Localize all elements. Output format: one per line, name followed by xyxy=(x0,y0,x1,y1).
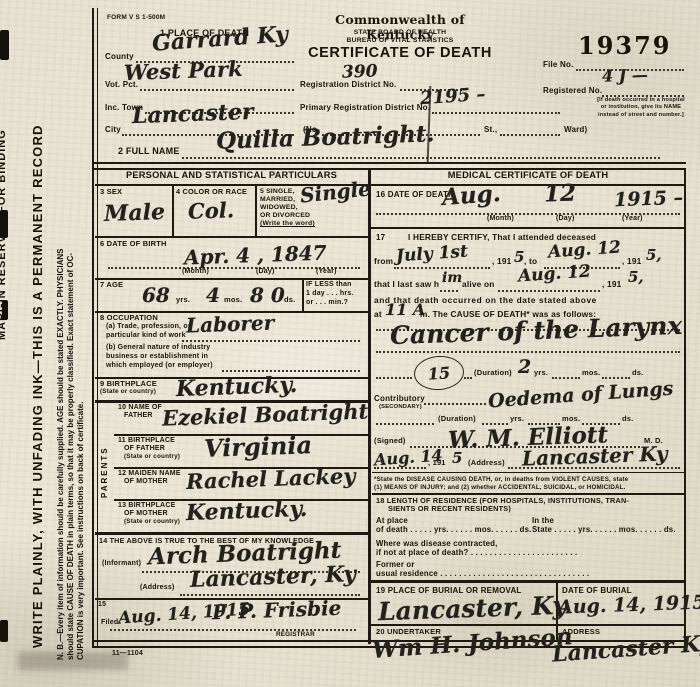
form-footer-number: 11—1104 xyxy=(112,650,143,658)
attended-to-year: 5, xyxy=(646,246,662,264)
signed-label: (Signed) xyxy=(374,437,406,446)
marital-label-line: MARRIED, xyxy=(260,196,295,204)
margin-nb-line1: N. B.—Every item of information should b… xyxy=(56,249,65,660)
occupation-a-line1: (a) Trade, profession, or xyxy=(106,323,191,331)
duration-label: (Duration) xyxy=(474,369,512,378)
votpct-leader xyxy=(140,88,294,91)
mother-name-value: Rachel Lackey xyxy=(186,463,356,494)
dob-label: 6 DATE OF BIRTH xyxy=(100,240,167,249)
from-year-printed: , 191 xyxy=(492,257,511,267)
registrar-signature: F. P. Frisbie xyxy=(212,596,342,624)
dur-leader xyxy=(464,376,472,379)
marital-label-line: 5 SINGLE, xyxy=(260,188,295,196)
sex-value: Male xyxy=(104,199,166,227)
cause-code-circle: 15 xyxy=(413,354,465,391)
date-of-death-day: 12 xyxy=(544,179,577,207)
heavy-rule xyxy=(370,580,684,583)
father-name-value: Ezekiel Boatright xyxy=(162,398,369,430)
contracted-line2: if not at place of death? . . . . . . . … xyxy=(376,548,577,557)
attended-from-value: July 1st xyxy=(395,242,468,267)
age-mos-label: mos. xyxy=(224,296,242,305)
header-separator-rule xyxy=(92,162,686,170)
filed-number: 15 xyxy=(98,601,106,609)
race-value: Col. xyxy=(188,197,235,224)
age-days-value: 8 0 xyxy=(250,283,285,307)
at-place-line1: At place xyxy=(376,516,408,525)
registered-no-leader xyxy=(602,94,684,97)
informant-address-value: Lancaster, Ky xyxy=(190,561,357,593)
contributory-value: Oedema of Lungs xyxy=(487,378,674,413)
duration2-label: (Duration) xyxy=(438,415,476,424)
mother-birthplace-sublabel: (State or country) xyxy=(124,518,180,525)
rule xyxy=(370,184,684,186)
contributory-label: Contributory xyxy=(374,394,425,403)
margin-nb-line2: should state CAUSE OF DEATH in plain ter… xyxy=(66,253,75,660)
rule xyxy=(372,493,684,495)
to-year-printed: , 191 xyxy=(622,257,641,267)
age-months-value: 4 xyxy=(206,283,220,307)
certify-number: 17 xyxy=(376,233,385,242)
birthplace-value: Kentucky. xyxy=(176,372,298,402)
primary-registration-value: 2195 – xyxy=(419,84,486,110)
dod-month-label: (Month) xyxy=(487,215,514,223)
marital-label-line: OR DIVORCED xyxy=(260,212,310,220)
occupation-b-line2: business or establishment in xyxy=(106,353,208,361)
mother-birthplace-label-line1: 13 BIRTHPLACE xyxy=(118,502,175,510)
primreg-leader xyxy=(432,111,560,114)
full-name-value: Quilla Boatright. xyxy=(216,120,435,155)
column-divider xyxy=(368,168,371,644)
death-certificate-scan: MARGIN RESERVED FOR BINDING WRITE PLAINL… xyxy=(0,0,700,687)
rule xyxy=(95,278,368,280)
marital-value: Single xyxy=(299,176,372,207)
ifless-line: 1 day . . . hrs. xyxy=(306,290,354,298)
residence-heading-line2: SIENTS OR RECENT RESIDENTS) xyxy=(388,505,511,514)
state-board-heading: STATE BOARD OF HEALTH xyxy=(300,29,500,37)
age-years-value: 68 xyxy=(142,283,170,307)
age-ds-label: ds. xyxy=(284,296,295,305)
dob-month-label: (Month) xyxy=(182,268,209,276)
last-saw-date-value: Aug. 12 xyxy=(517,261,591,286)
sex-label: 3 SEX xyxy=(100,188,122,197)
margin-nb-line3: CUPATION is very important. See instruct… xyxy=(76,402,85,660)
in-state-line1: In the xyxy=(532,516,554,525)
code-leader xyxy=(376,376,412,379)
rule xyxy=(95,236,368,238)
dur-leader xyxy=(602,376,630,379)
margin-binding-text: MARGIN RESERVED FOR BINDING xyxy=(0,129,8,340)
father-birthplace-sublabel: (State or country) xyxy=(124,453,180,460)
filed-label: Filed xyxy=(101,619,118,627)
race-label: 4 COLOR OR RACE xyxy=(176,188,247,197)
date-of-death-year: 1915 – xyxy=(614,187,684,211)
cause-code-value: 15 xyxy=(427,363,451,384)
sig-year-printed: , 191 xyxy=(428,459,446,468)
informant-label: (Informant) xyxy=(102,560,141,568)
father-birthplace-value: Virginia xyxy=(204,430,313,463)
alive-on-label: alive on xyxy=(462,280,495,290)
dur2-ds-label: ds. xyxy=(622,415,633,424)
city-label: City xyxy=(105,125,121,134)
right-section-title: MEDICAL CERTIFICATE OF DEATH xyxy=(372,170,684,181)
father-name-label-line2: FATHER xyxy=(124,412,153,420)
mother-birthplace-value: Kentucky. xyxy=(186,496,308,526)
saw-year-printed: , 191 xyxy=(602,280,621,290)
at-label: at xyxy=(374,310,382,320)
at-place-line2: of death . . . . . yrs. . . . . . mos. .… xyxy=(376,525,532,534)
cause-duration-years: 2 xyxy=(518,356,531,378)
dur-ds-label: ds. xyxy=(632,369,643,378)
scan-artifact xyxy=(0,30,9,60)
burial-date-value: Aug. 14, 1915 xyxy=(558,591,700,618)
in-state-line2: State . . . . . yrs. . . . . . mos. . . … xyxy=(532,525,676,534)
occupation-a-line2: particular kind of work xyxy=(106,332,186,340)
cell-divider xyxy=(255,184,257,236)
county-value: Garrard Ky xyxy=(151,21,289,56)
scan-artifact xyxy=(0,620,8,642)
full-name-leader xyxy=(182,156,660,159)
former-line1: Former or xyxy=(376,560,415,569)
last-saw-year: 5, xyxy=(628,268,644,286)
burial-place-value: Lancaster, Ky xyxy=(378,591,568,627)
cause-leader-2 xyxy=(376,350,680,353)
dur2-yrs-label: yrs. xyxy=(510,415,524,424)
parents-vertical-label: PARENTS xyxy=(100,446,109,498)
age-yrs-label: yrs. xyxy=(176,296,190,305)
sig-address-label: (Address) xyxy=(468,459,505,468)
street-label: St., xyxy=(484,125,497,134)
sigdate-leader xyxy=(374,466,426,469)
dob-year-label: (Year) xyxy=(316,268,337,276)
undertaker-address-label: ADDRESS xyxy=(562,628,600,637)
father-birthplace-label-line1: 11 BIRTHPLACE xyxy=(118,437,175,445)
dur-yrs-label: yrs. xyxy=(534,369,548,378)
footnote-line1: *State the DISEASE CAUSING DEATH, or, in… xyxy=(374,476,628,483)
mother-name-label-line1: 12 MAIDEN NAME xyxy=(118,470,181,478)
marital-label-line: (Write the word) xyxy=(260,220,315,228)
margin-bold-text: WRITE PLAINLY, WITH UNFADING INK—THIS IS… xyxy=(30,124,45,648)
last-saw-fill: im xyxy=(442,270,462,286)
file-no-label: File No. xyxy=(543,60,574,69)
cell-divider xyxy=(302,278,304,311)
form-number: FORM V S 1-500M xyxy=(107,14,165,22)
age-label: 7 AGE xyxy=(100,281,123,290)
street-leader xyxy=(500,133,560,136)
ifless-line: IF LESS than xyxy=(306,281,352,289)
full-name-label: 2 FULL NAME xyxy=(118,146,180,157)
date-of-death-month: Aug. xyxy=(441,180,501,211)
signature-year-value: 5 xyxy=(452,449,462,467)
occupation-a-leader xyxy=(182,339,360,342)
form-right-rule xyxy=(684,168,686,644)
attended-to-value: Aug. 12 xyxy=(547,237,621,262)
occupation-b-line3: which employed (or employer) xyxy=(106,362,213,370)
hospital-note: [If death occurred in a hospital or inst… xyxy=(597,97,685,119)
filed-leader xyxy=(110,628,356,631)
certificate-title: CERTIFICATE OF DEATH xyxy=(292,45,508,62)
dod-day-label: (Day) xyxy=(556,215,575,223)
from-leader xyxy=(394,266,490,269)
attended-from-year: 5 xyxy=(514,248,524,266)
secondary-sublabel: (SECONDARY) xyxy=(379,404,422,411)
marital-label-line: WIDOWED, xyxy=(260,204,298,212)
city-value: Lancaster xyxy=(132,99,254,129)
dod-year-label: (Year) xyxy=(622,215,643,223)
primary-registration-label: Primary Registration District No. xyxy=(300,103,430,112)
heavy-rule xyxy=(95,532,368,535)
last-saw-label: that I last saw h xyxy=(374,280,439,290)
voting-precinct-value: West Park xyxy=(124,56,243,85)
registered-no-value: 4 J — xyxy=(602,65,648,86)
former-line2: usual residence . . . . . . . . . . . . … xyxy=(376,569,589,578)
father-birthplace-label-line2: OF FATHER xyxy=(124,445,165,453)
contracted-line1: Where was disease contracted, xyxy=(376,539,498,548)
dob-day-label: (Day) xyxy=(256,268,275,276)
cell-divider xyxy=(172,184,174,236)
form-left-rule xyxy=(92,8,98,648)
rule xyxy=(370,227,684,229)
mother-name-label-line2: OF MOTHER xyxy=(124,478,168,486)
dur2-leader xyxy=(376,422,434,425)
occupation-b-line1: (b) General nature of industry xyxy=(106,344,210,352)
sig-address-value: Lancaster Ky xyxy=(522,441,668,470)
certificate-serial-number: 19379 xyxy=(578,32,672,60)
contributory-leader xyxy=(424,402,486,405)
bureau-heading: BUREAU OF VITAL STATISTICS xyxy=(300,37,500,45)
registrar-label: REGISTRAR xyxy=(276,631,315,638)
ifless-line: or . . . min.? xyxy=(306,299,348,307)
footnote-line2: (1) MEANS OF INJURY; and (2) whether ACC… xyxy=(374,484,626,491)
footnote-rule xyxy=(372,472,684,473)
alive-leader xyxy=(498,289,600,292)
ward-label: Ward) xyxy=(564,125,587,134)
mother-birthplace-label-line2: OF MOTHER xyxy=(124,510,168,518)
informant-address-label: (Address) xyxy=(140,584,174,592)
occupation-value: Laborer xyxy=(186,310,275,337)
dur-leader xyxy=(552,376,580,379)
registered-no-label: Registered No. xyxy=(543,86,602,95)
occupation-label: 8 OCCUPATION xyxy=(100,314,158,323)
saw-fill-leader xyxy=(440,289,458,292)
left-section-title: PERSONAL AND STATISTICAL PARTICULARS xyxy=(95,170,368,181)
registration-district-value: 390 xyxy=(342,61,378,82)
from-label: from xyxy=(374,257,393,267)
dur-mos-label: mos. xyxy=(582,369,600,378)
birthplace-sublabel: (State or country) xyxy=(100,388,156,395)
father-name-label-line1: 10 NAME OF xyxy=(118,404,162,412)
